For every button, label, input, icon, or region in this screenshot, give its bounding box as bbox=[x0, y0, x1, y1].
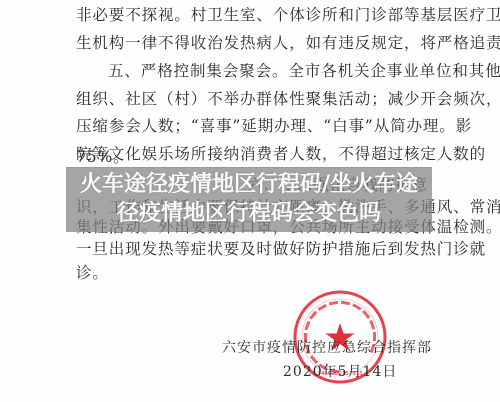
title-line-1: 火车途径疫情地区行程码/坐火车途 bbox=[66, 170, 432, 199]
title-line-2: 径疫情地区行程码会变色吗 bbox=[66, 199, 432, 228]
doc-line: 五、严格控制集会聚会。全市各机关企事业单位和其他 bbox=[108, 62, 428, 80]
doc-line: 非必要不探视。村卫生室、个体诊所和门诊部等基层医疗卫 bbox=[76, 6, 428, 24]
doc-line: 压缩参会人数；“喜事”延期办理、“白事”从简办理。影 bbox=[76, 117, 428, 135]
issue-date: 2020年5月14日 bbox=[283, 361, 397, 381]
doc-line: 生机构一律不得收治发热病人，如有违反规定，将严格追责。 bbox=[76, 34, 428, 52]
article-title: 火车途径疫情地区行程码/坐火车途 径疫情地区行程码会变色吗 bbox=[66, 170, 432, 228]
doc-line: 一旦出现发热等症状要及时做好防护措施后到发热门诊就 bbox=[76, 240, 428, 258]
doc-line: 组织、社区（村）不举办群体性聚集活动；减少开会频次， bbox=[76, 90, 428, 108]
doc-line: 诊。 bbox=[76, 264, 109, 282]
issuer-signature: 六安市疫情防控应急综合指挥部 bbox=[222, 337, 432, 357]
doc-line: 75%。 bbox=[76, 148, 130, 166]
